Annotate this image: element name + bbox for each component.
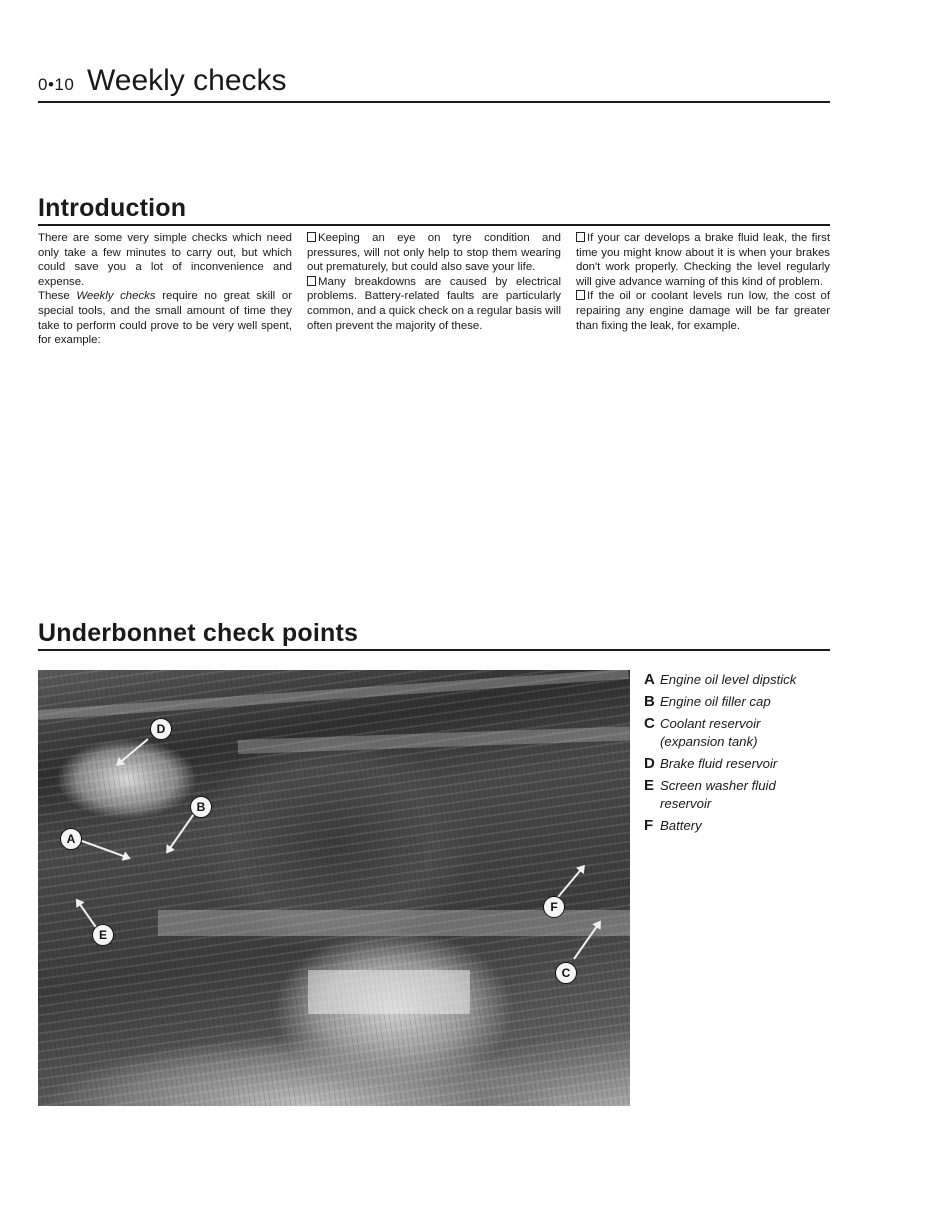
checkbox-icon (307, 232, 316, 242)
arrow-icon (117, 738, 149, 765)
arrow-icon (167, 810, 197, 852)
legend-label: Engine oil level dipstick (660, 671, 834, 689)
intro-paragraph: These Weekly checks require no great ski… (38, 289, 292, 347)
legend-letter: C (644, 715, 660, 751)
photo-band (308, 970, 470, 1014)
legend-letter: B (644, 693, 660, 711)
checklist-item: Keeping an eye on tyre condition and pre… (307, 231, 561, 275)
engine-bay-photo: D B A E F C (38, 670, 630, 1106)
introduction-columns: There are some very simple checks which … (38, 231, 830, 348)
legend-letter: F (644, 817, 660, 835)
photo-band (238, 726, 630, 754)
page-title: Weekly checks (87, 64, 287, 98)
checkbox-icon (576, 290, 585, 300)
checklist-item: If your car develops a brake fluid leak,… (576, 231, 830, 289)
callout-d: D (150, 718, 172, 740)
weekly-checks-emphasis: Weekly checks (76, 290, 155, 302)
legend-letter: D (644, 755, 660, 773)
arrow-icon (557, 866, 584, 898)
callout-b: B (190, 796, 212, 818)
page-number: 0•10 (38, 75, 74, 95)
intro-paragraph: There are some very simple checks which … (38, 231, 292, 289)
photo-band (38, 670, 629, 720)
intro-column-2: Keeping an eye on tyre condition and pre… (307, 231, 561, 348)
check-points-legend: A Engine oil level dipstick B Engine oil… (644, 671, 834, 839)
legend-item-c: C Coolant reservoir (expansion tank) (644, 715, 834, 751)
page-header: 0•10 Weekly checks (38, 62, 830, 103)
arrow-icon (82, 840, 130, 859)
legend-item-a: A Engine oil level dipstick (644, 671, 834, 689)
intro-column-3: If your car develops a brake fluid leak,… (576, 231, 830, 348)
legend-label: Brake fluid reservoir (660, 755, 834, 773)
checkbox-icon (307, 276, 316, 286)
legend-label: Screen washer fluid reservoir (660, 777, 795, 813)
legend-item-f: F Battery (644, 817, 834, 835)
checklist-item: If the oil or coolant levels run low, th… (576, 289, 830, 333)
checkbox-icon (576, 232, 585, 242)
checklist-item: Many breakdowns are caused by electrical… (307, 275, 561, 333)
legend-item-e: E Screen washer fluid reservoir (644, 777, 834, 813)
legend-letter: E (644, 777, 660, 813)
legend-letter: A (644, 671, 660, 689)
callout-a: A (60, 828, 82, 850)
callout-f: F (543, 896, 565, 918)
legend-item-d: D Brake fluid reservoir (644, 755, 834, 773)
callout-c: C (555, 962, 577, 984)
underbonnet-heading: Underbonnet check points (38, 619, 830, 651)
intro-column-1: There are some very simple checks which … (38, 231, 292, 348)
introduction-heading: Introduction (38, 194, 830, 226)
callout-e: E (92, 924, 114, 946)
legend-label: Battery (660, 817, 834, 835)
legend-item-b: B Engine oil filler cap (644, 693, 834, 711)
legend-label: Coolant reservoir (expansion tank) (660, 715, 780, 751)
legend-label: Engine oil filler cap (660, 693, 834, 711)
